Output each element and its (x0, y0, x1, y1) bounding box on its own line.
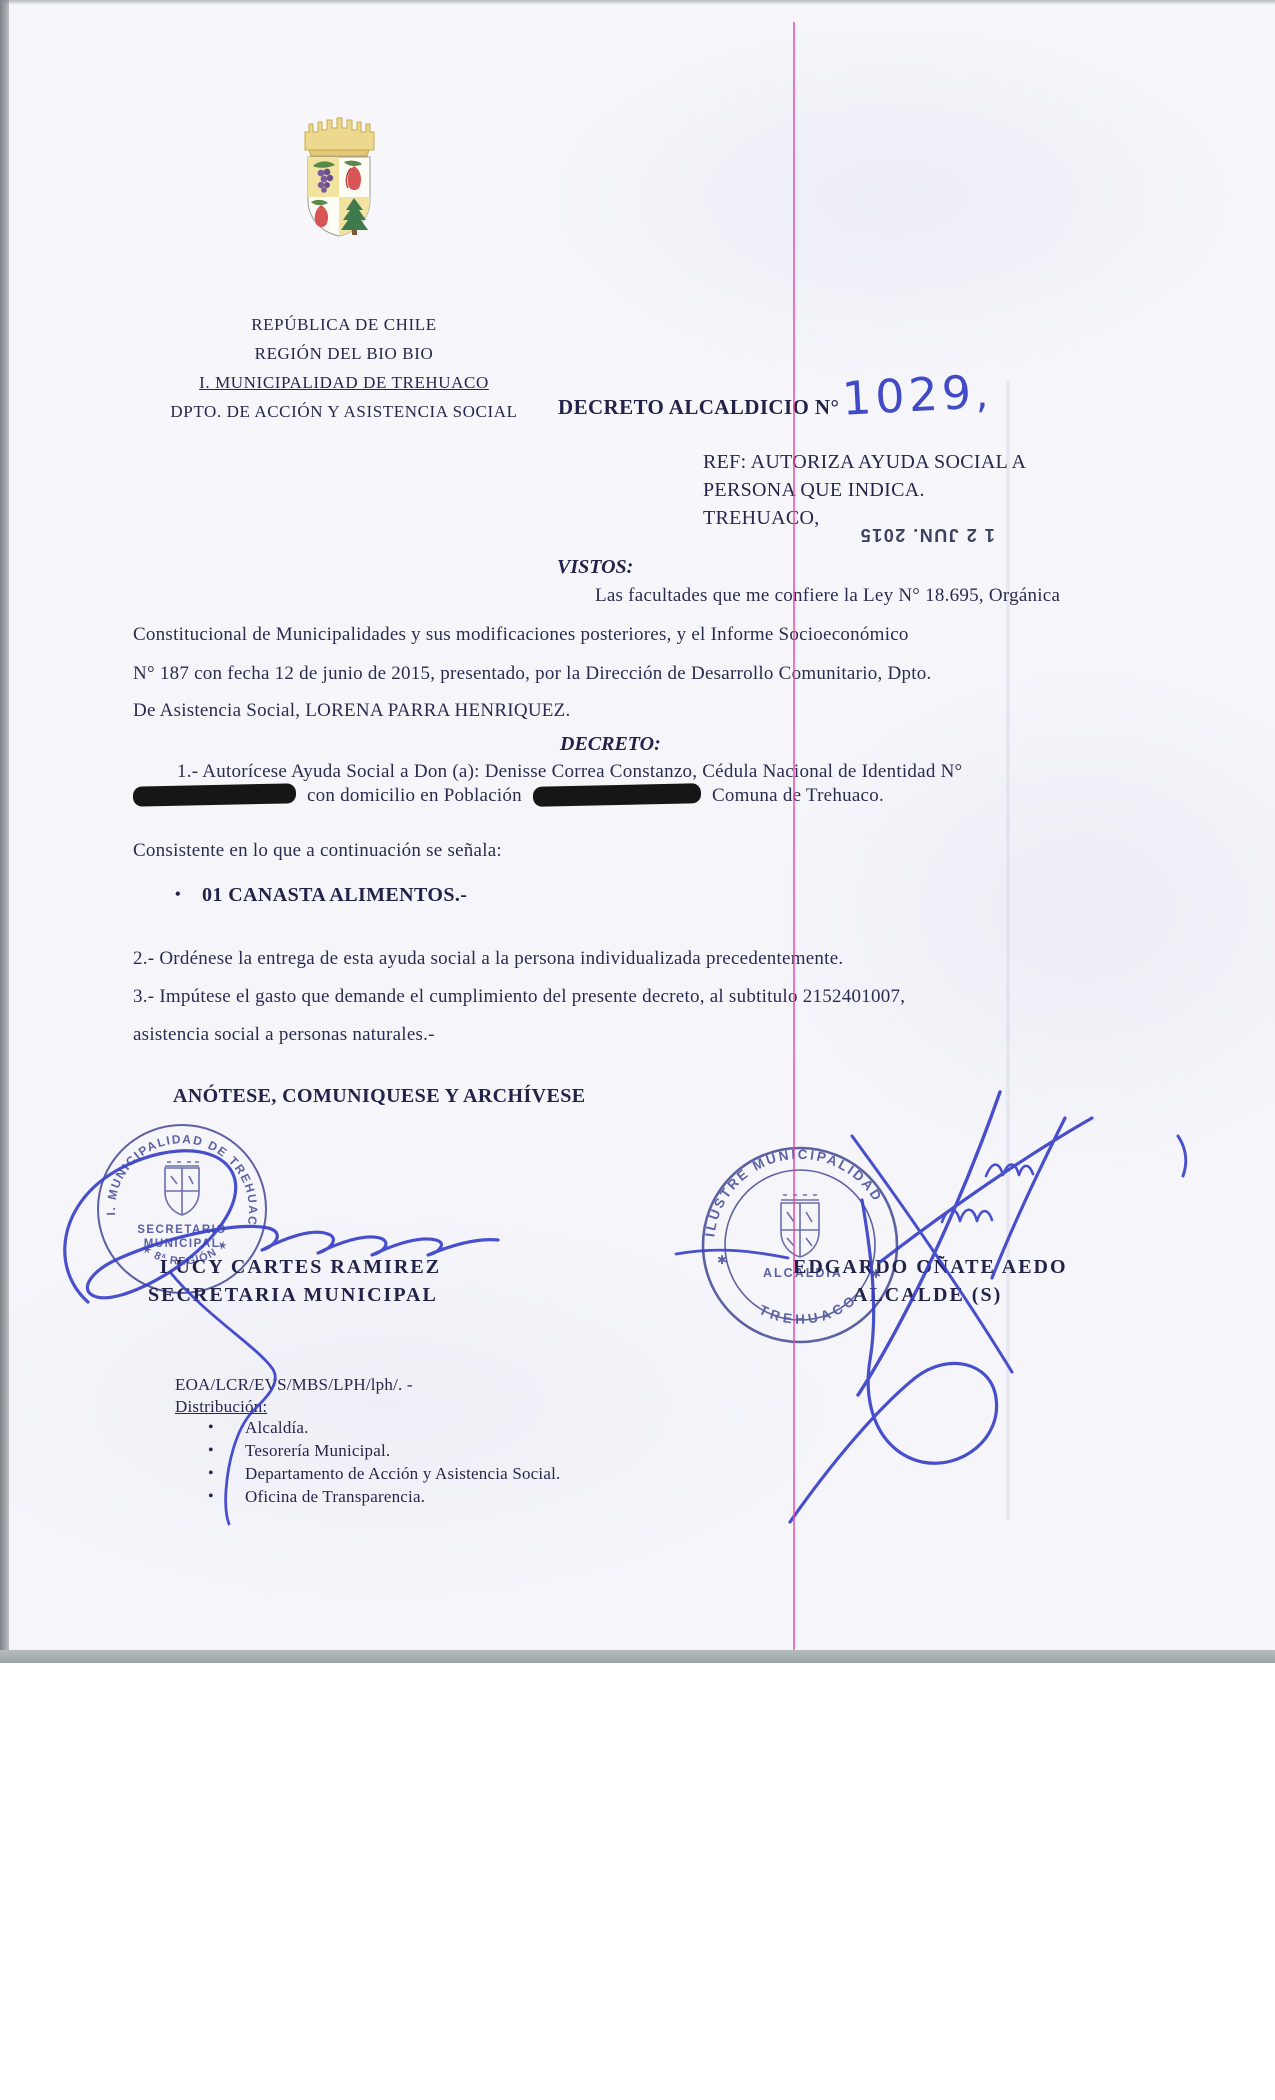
bullet-glyph: • (175, 886, 181, 904)
svg-text:I. MUNICIPALIDAD DE TREHUACO: I. MUNICIPALIDAD DE TREHUACO (93, 1120, 260, 1227)
distribution-bullet-1: • (208, 1442, 214, 1460)
letterhead-country: REPÚBLICA DE CHILE (163, 310, 525, 339)
decree-number-value: 1029 (841, 365, 977, 426)
distribution-label: Distribución: (175, 1397, 267, 1417)
scan-edge-bottom (0, 1650, 1275, 1663)
alcalde-title: ALCALDE (S) (853, 1284, 1002, 1307)
letterhead-municipality: I. MUNICIPALIDAD DE TREHUACO (163, 368, 525, 397)
redaction-id-number (133, 783, 296, 806)
letterhead: REPÚBLICA DE CHILE REGIÓN DEL BIO BIO I.… (163, 310, 525, 426)
secretaria-title: SECRETARIA MUNICIPAL (148, 1284, 438, 1307)
scanned-decree-page: REPÚBLICA DE CHILE REGIÓN DEL BIO BIO I.… (0, 0, 1275, 2100)
ref-line-1: REF: AUTORIZA AYUDA SOCIAL A (703, 448, 1026, 476)
decreto-item3-line1: 3.- Impútese el gasto que demande el cum… (133, 986, 905, 1008)
ref-block: REF: AUTORIZA AYUDA SOCIAL A PERSONA QUE… (703, 448, 1026, 532)
alcalde-name: EDGARDO OÑATE AEDO (793, 1256, 1068, 1279)
coat-of-arms (299, 110, 379, 240)
distribution-item-0: Alcaldía. (245, 1418, 309, 1438)
distribution-item-3: Oficina de Transparencia. (245, 1487, 425, 1507)
left-stamp-ring-text: I. MUNICIPALIDAD DE TREHUACO (93, 1120, 260, 1227)
alcaldia-stamp: ILUSTRE MUNICIPALIDAD TREHUACO ✱ ✱ ALCAL… (697, 1142, 903, 1348)
handwritten-decree-number: 1029, (841, 364, 989, 426)
distribution-bullet-3: • (208, 1488, 214, 1506)
distribution-item-1: Tesorería Municipal. (245, 1441, 390, 1461)
distribution-bullet-2: • (208, 1465, 214, 1483)
decreto-item1-line2-end: Comuna de Trehuaco. (712, 785, 884, 806)
letterhead-region: REGIÓN DEL BIO BIO (163, 339, 525, 368)
initials-line: EOA/LCR/EVS/MBS/LPH/lph/. - (175, 1375, 413, 1395)
right-stamp-bottom-text: TREHUACO (757, 1291, 861, 1327)
consistente-line: Consistente en lo que a continuación se … (133, 840, 502, 862)
secretaria-name: LUCY CARTES RAMIREZ (160, 1256, 441, 1279)
scan-edge-left (0, 0, 9, 1663)
ref-line-2: PERSONA QUE INDICA. (703, 476, 1026, 504)
decreto-item1-line2: con domicilio en Población Comuna de Tre… (133, 785, 884, 807)
decree-title: DECRETO ALCALDICIO N° (558, 395, 839, 420)
vistos-line-4: De Asistencia Social, LORENA PARRA HENRI… (133, 700, 571, 722)
vistos-heading: VISTOS: (557, 556, 633, 579)
decreto-heading: DECRETO: (560, 733, 661, 756)
decreto-item1-line2-mid: con domicilio en Población (307, 785, 522, 806)
letterhead-department: DPTO. DE ACCIÓN Y ASISTENCIA SOCIAL (163, 397, 525, 426)
date-stamp: 1 2 JUN. 2015 (853, 524, 1001, 545)
decreto-item3-line2: asistencia social a personas naturales.- (133, 1024, 435, 1046)
scan-edge-top (0, 0, 1275, 5)
scanner-pink-line (793, 22, 795, 1652)
distribution-bullet-0: • (208, 1419, 214, 1437)
decreto-item2: 2.- Ordénese la entrega de esta ayuda so… (133, 948, 843, 970)
redaction-address (533, 783, 701, 807)
decreto-item1-line1: 1.- Autorícese Ayuda Social a Don (a): D… (177, 761, 962, 783)
right-stamp-star-left: ✱ (717, 1253, 727, 1267)
vistos-line-1: Las facultades que me confiere la Ley N°… (595, 585, 1060, 607)
svg-text:TREHUACO: TREHUACO (757, 1291, 861, 1327)
bullet-item-canasta: 01 CANASTA ALIMENTOS.- (202, 884, 467, 907)
left-stamp-center-line1: SECRETARIO (137, 1224, 227, 1236)
scanner-streak (1006, 380, 1010, 1520)
decree-number-comma: , (974, 371, 989, 418)
distribution-item-2: Departamento de Acción y Asistencia Soci… (245, 1464, 560, 1484)
closing-line: ANÓTESE, COMUNIQUESE Y ARCHÍVESE (173, 1085, 586, 1108)
vistos-line-3: N° 187 con fecha 12 de junio de 2015, pr… (133, 663, 931, 685)
left-stamp-center-line2: MUNICIPAL (144, 1238, 221, 1250)
